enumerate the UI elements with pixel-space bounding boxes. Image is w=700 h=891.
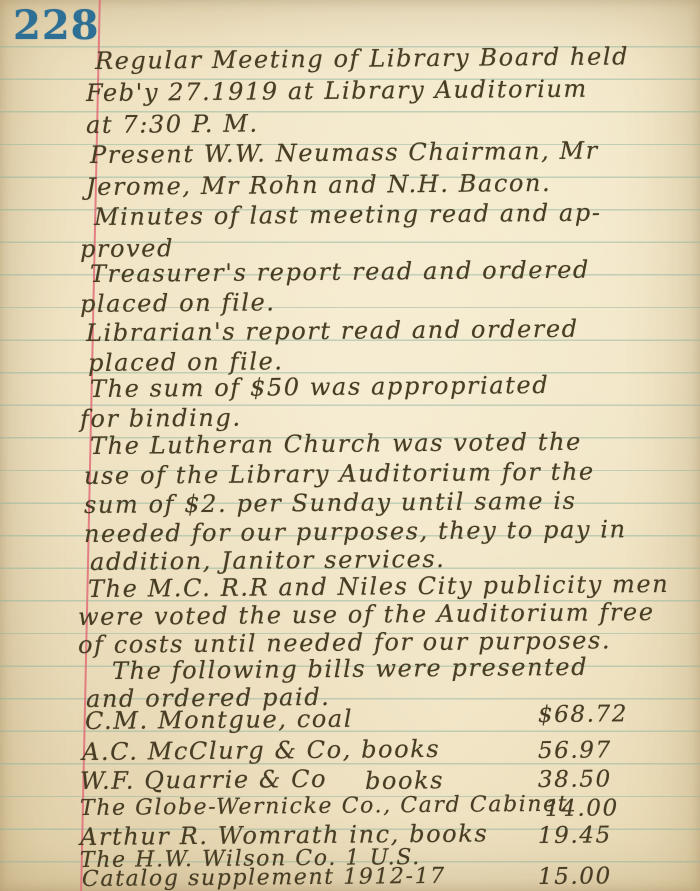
bill-amount: $68.72 — [538, 702, 628, 728]
minutes-line: addition, Janitor services. — [90, 546, 446, 575]
bill-item: C.M. Montgue, coal — [85, 706, 353, 735]
minutes-line: Librarian's report read and ordered — [86, 316, 579, 347]
page-number: 228 — [13, 2, 100, 49]
bill-item: The Globe-Wernicke Co., Card Cabinet — [80, 793, 568, 821]
bill-amount: 14.00 — [545, 796, 619, 822]
minutes-line: were voted the use of the Auditorium fre… — [78, 599, 655, 630]
minutes-line: use of the Library Auditorium for the — [84, 459, 595, 490]
bill-item: W.F. Quarrie & Co — [80, 766, 327, 795]
minutes-line: Regular Meeting of Library Board held — [95, 43, 629, 74]
bill-row: Catalog supplement 1912-17 15.00 — [0, 868, 700, 891]
minutes-line: Minutes of last meeting read and ap- — [94, 200, 602, 231]
minutes-line: Jerome, Mr Rohn and N.H. Bacon. — [86, 170, 551, 200]
minutes-line: Present W.W. Neumass Chairman, Mr — [90, 138, 599, 169]
bill-row: A.C. McClurg & Co, books 56.97 — [0, 739, 700, 769]
minutes-line: placed on file. — [88, 348, 284, 376]
minutes-line: needed for our purposes, they to pay in — [84, 516, 627, 547]
bill-amount: 56.97 — [538, 738, 612, 764]
minutes-line: Treasurer's report read and ordered — [90, 257, 590, 288]
minutes-line: The sum of $50 was appropriated — [90, 372, 549, 402]
minutes-line: for binding. — [80, 405, 242, 433]
bill-item: Catalog supplement 1912-17 — [82, 865, 446, 891]
minutes-line: sum of $2. per Sunday until same is — [84, 488, 577, 519]
bill-category: books — [365, 767, 444, 794]
bill-row: C.M. Montgue, coal $68.72 — [0, 708, 700, 738]
bill-amount: 38.50 — [538, 767, 612, 793]
minutes-line: Feb'y 27.1919 at Library Auditorium — [86, 76, 588, 107]
minutes-line: placed on file. — [80, 289, 276, 317]
bill-amount: 15.00 — [538, 864, 612, 890]
minutes-line: at 7:30 P. M. — [86, 110, 259, 138]
minutes-line: The Lutheran Church was voted the — [90, 429, 582, 460]
bill-item: A.C. McClurg & Co, books — [82, 736, 441, 766]
minutes-line: proved — [80, 235, 174, 262]
minutes-line: The following bills were presented — [112, 654, 588, 685]
ledger-page: 228 Regular Meeting of Library Board hel… — [0, 0, 700, 891]
bill-amount: 19.45 — [538, 823, 612, 849]
